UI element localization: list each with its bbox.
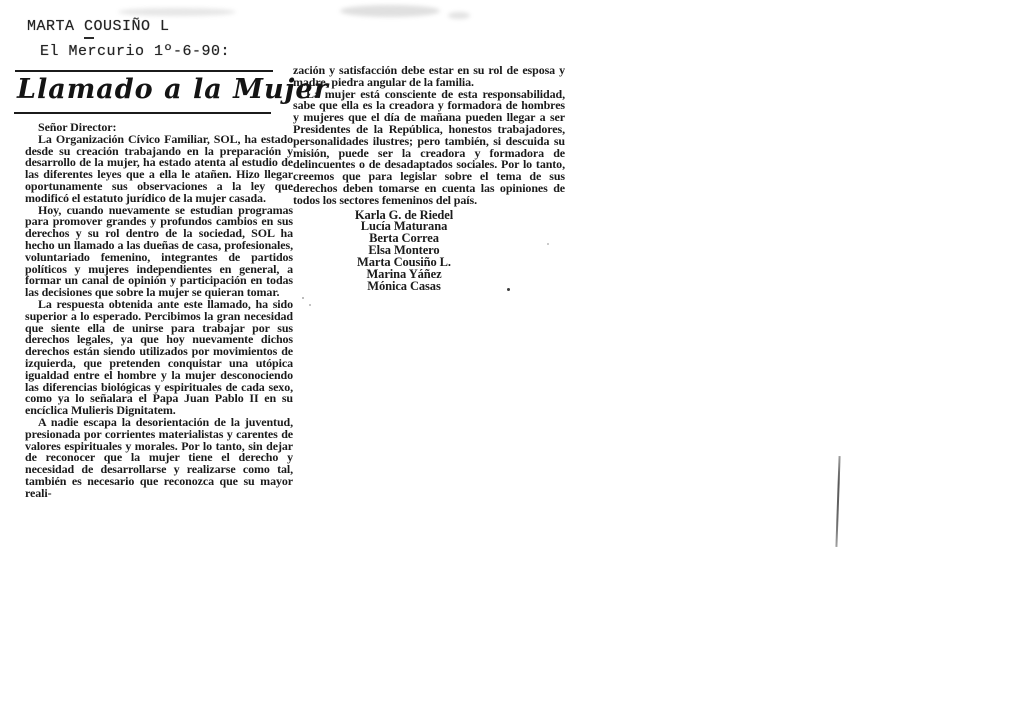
article-left-column: Señor Director: La Organización Cívico F… <box>25 122 293 500</box>
ink-speck <box>309 304 311 306</box>
paragraph: La mujer está consciente de esta respons… <box>293 89 565 207</box>
article-headline: Llamado a la Mujer <box>17 74 329 105</box>
headline-rule-bottom <box>14 112 271 114</box>
ink-speck <box>507 288 510 291</box>
signature: Mónica Casas <box>293 281 515 293</box>
paragraph: zación y satisfacción debe estar en su r… <box>293 65 565 89</box>
scanned-newspaper-clipping: MARTA COUSIÑO L El Mercurio 1º-6-90: Lla… <box>0 0 1012 717</box>
article-right-column: zación y satisfacción debe estar en su r… <box>293 65 565 293</box>
scan-smudge <box>448 12 470 19</box>
scan-smudge <box>340 5 440 17</box>
paragraph: A nadie escapa la desorientación de la j… <box>25 417 293 500</box>
paragraph: La respuesta obtenida ante este llamado,… <box>25 299 293 417</box>
annotation-author: MARTA COUSIÑO L <box>27 18 170 35</box>
ink-speck <box>302 297 304 299</box>
paragraph: Hoy, cuando nuevamente se estudian progr… <box>25 205 293 299</box>
scan-fold-line <box>835 456 840 547</box>
annotation-source-date: El Mercurio 1º-6-90: <box>40 43 230 60</box>
scan-smudge <box>118 8 236 16</box>
signature-list: Karla G. de Riedel Lucía Maturana Berta … <box>293 210 565 293</box>
headline-rule-top <box>15 70 273 72</box>
ink-speck <box>547 243 549 245</box>
paragraph: La Organización Cívico Familiar, SOL, ha… <box>25 134 293 205</box>
typewriter-underline-mark <box>84 37 94 39</box>
